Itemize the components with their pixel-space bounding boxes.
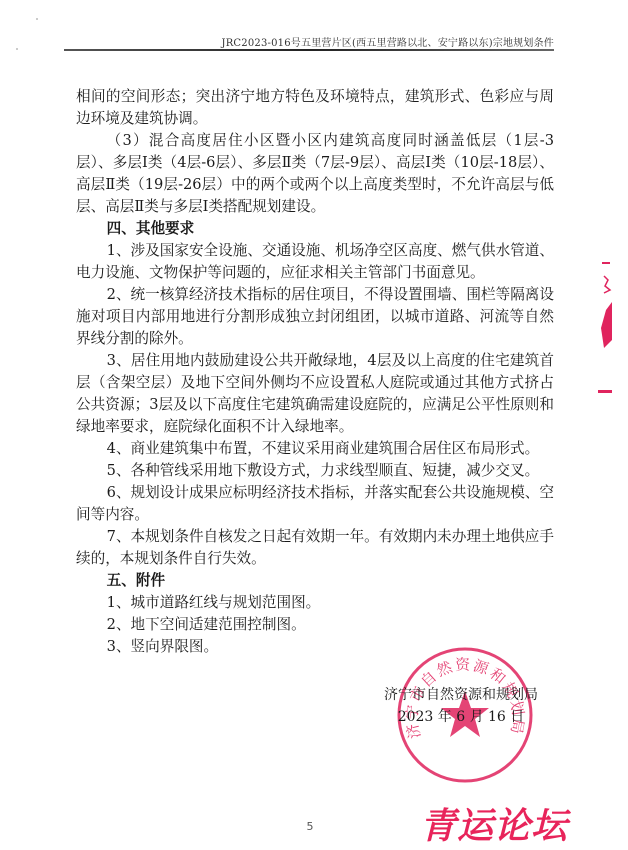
scan-speck <box>16 48 18 50</box>
page-edge-seal-icon <box>598 250 628 450</box>
scan-speck <box>36 18 38 20</box>
requirement-item-4: 4、商业建筑集中布置，不建议采用商业建筑围合居住区布局形式。 <box>76 438 554 460</box>
document-body: 相间的空间形态；突出济宁地方特色及环境特点，建筑形式、色彩应与周边环境及建筑协调… <box>76 86 554 658</box>
attachment-item-2: 2、地下空间适建范围控制图。 <box>76 614 554 636</box>
requirement-item-7: 7、本规划条件自核发之日起有效期一年。有效期内未办理土地供应手续的，本规划条件自… <box>76 526 554 570</box>
page-number: 5 <box>300 820 320 833</box>
requirement-item-2: 2、统一核算经济技术指标的居住项目，不得设置围墙、围栏等隔离设施对项目内部用地进… <box>76 284 554 350</box>
requirement-item-3: 3、居住用地内鼓励建设公共开敞绿地，4层及以上高度的住宅建筑首层（含架空层）及地… <box>76 350 554 438</box>
section-heading-other-requirements: 四、其他要求 <box>76 218 554 240</box>
requirement-item-6: 6、规划设计成果应标明经济技术指标，并落实配套公共设施规模、空间等内容。 <box>76 482 554 526</box>
requirement-item-1: 1、涉及国家安全设施、交通设施、机场净空区高度、燃气供水管道、电力设施、文物保护… <box>76 240 554 284</box>
running-header: JRC2023-016号五里营片区(西五里营路以北、安宁路以东)宗地规划条件 <box>64 34 554 49</box>
issue-date: 2023 年 6 月 16 日 <box>366 706 556 728</box>
header-rule <box>64 49 554 51</box>
paragraph-mixed-height: （3）混合高度居住小区暨小区内建筑高度同时涵盖低层（1层-3层）、多层Ⅰ类（4层… <box>76 130 554 218</box>
requirement-item-5: 5、各种管线采用地下敷设方式，力求线型顺直、短捷，减少交叉。 <box>76 460 554 482</box>
signature-block: 济宁市自然资源和规划局 2023 年 6 月 16 日 <box>366 684 556 728</box>
attachment-item-1: 1、城市道路红线与规划范围图。 <box>76 592 554 614</box>
paragraph-continuation: 相间的空间形态；突出济宁地方特色及环境特点，建筑形式、色彩应与周边环境及建筑协调… <box>76 86 554 130</box>
section-heading-attachments: 五、附件 <box>76 570 554 592</box>
issuer-name: 济宁市自然资源和规划局 <box>366 684 556 706</box>
forum-watermark: 青运论坛 <box>420 798 568 849</box>
